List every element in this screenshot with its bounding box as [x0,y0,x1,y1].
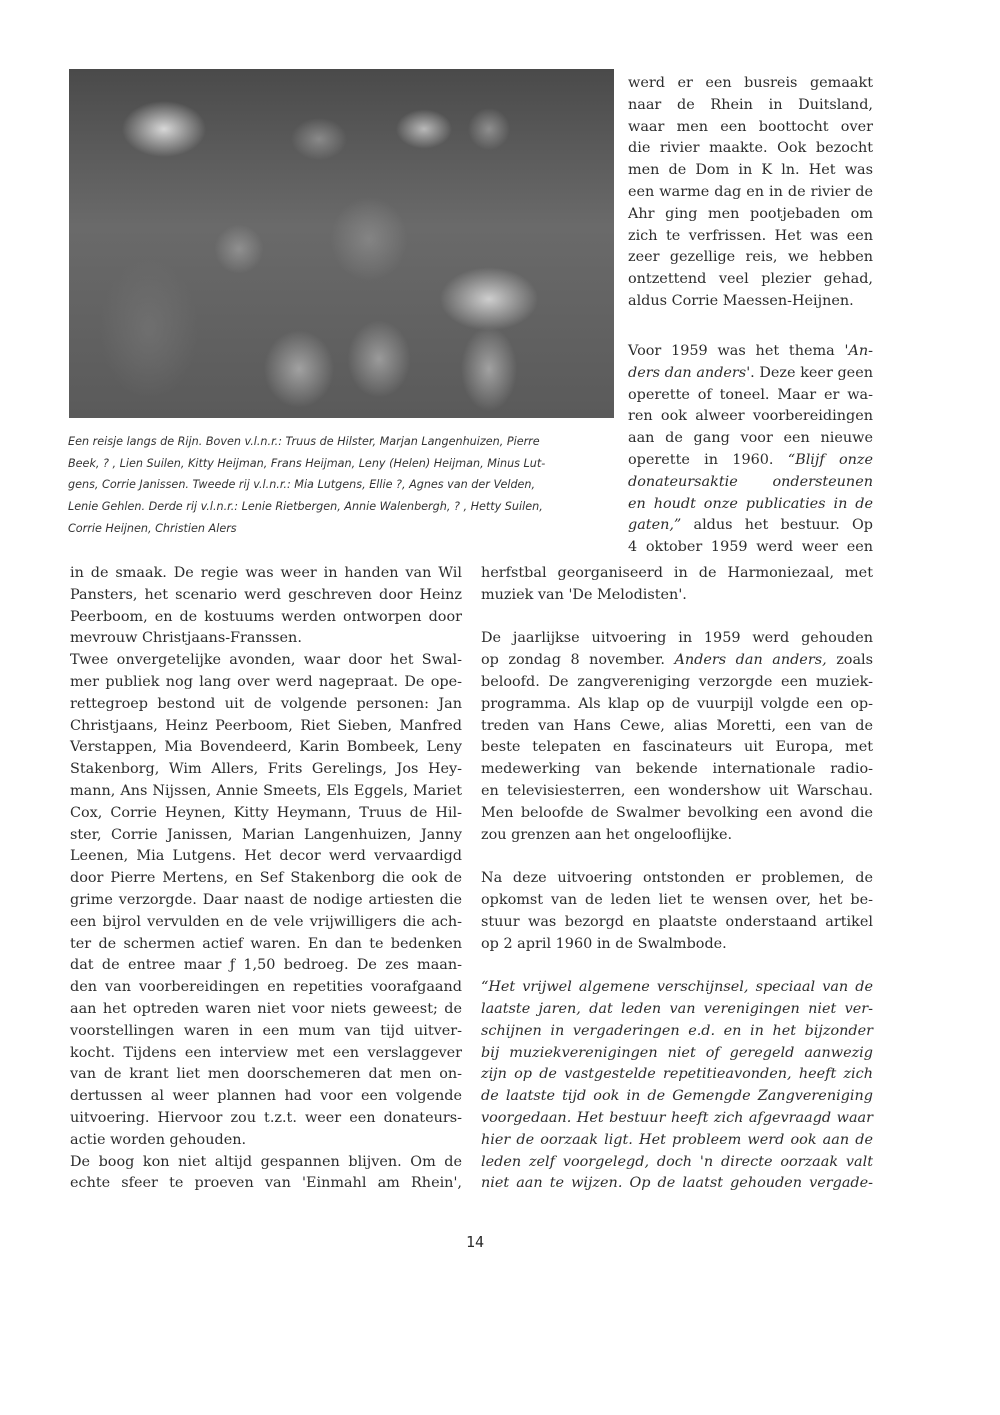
text-run: Voor 1959 was het thema [628,343,845,359]
quote-line: de laatste tijd ook in de Gemengde Zangv… [481,1086,873,1108]
text-line: mevrouw Christjaans-Franssen. [70,628,462,650]
text-line: aldus Corrie Maessen-Heijnen. [628,291,873,313]
text-line: zeer gezellige reis, we hebben [628,247,873,269]
text-line: medewerking van bekende internationale r… [481,759,873,781]
text-line: 4 oktober 1959 werd weer een [628,537,873,559]
quote-line: niet aan te wijzen. Op de laatst gehoude… [481,1173,873,1195]
text-line: operette in 1960. “Blijf onze [628,450,873,472]
text-line: programma. Als klap op de vuurpijl volgd… [481,694,873,716]
quote-line: hier de oorzaak ligt. Het probleem werd … [481,1130,873,1152]
quote-line: laatste jaren, dat leden van vereniginge… [481,999,873,1021]
text-line: operette of toneel. Maar er wa- [628,385,873,407]
text-line: zou grenzen aan het ongelooflijke. [481,825,873,847]
page-number: 14 [460,1233,490,1251]
text-line: gaten,” aldus het bestuur. Op [628,515,873,537]
text-line: door Pierre Mertens, en Sef Stakenborg d… [70,868,462,890]
text-line: ders dan anders'. Deze keer geen [628,363,873,385]
text-line: Verstappen, Mia Bovendeerd, Karin Bombee… [70,737,462,759]
quote-line: “Het vrijwel algemene verschijnsel, spec… [481,977,873,999]
text-line: Voor 1959 was het thema 'An- [628,341,873,363]
text-line: en houdt onze publicaties in de [628,494,873,516]
text-line: ster, Corrie Janissen, Marian Langenhuiz… [70,825,462,847]
text-line: een bijrol vervulden en de vele vrijwill… [70,912,462,934]
text-run: operette in 1960. [628,452,788,468]
text-run-italic: Anders dan anders, [674,652,826,668]
text-line: ren ook alweer voorbereidingen [628,406,873,428]
quote-line: schijnen in vergaderingen e.d. en in het… [481,1021,873,1043]
text-line: een warme dag en in de rivier de [628,182,873,204]
text-line: ter de schermen actief waren. En dan te … [70,934,462,956]
text-run-italic: gaten,” [628,517,681,533]
text-run: zoals [827,652,873,668]
text-line: Twee onvergetelijke avonden, waar door h… [70,650,462,672]
text-line: muziek van 'De Melodisten'. [481,585,873,607]
text-line: De boog kon niet altijd gespannen blijve… [70,1152,462,1174]
right-column: herfstbal georganiseerd in de Harmonieza… [481,563,873,1195]
quote-line: bij muziekverenigingen niet of geregeld … [481,1043,873,1065]
text-line: die rivier maakte. Ook bezocht [628,138,873,160]
text-line: Men beloofde de Swalmer bevolking een av… [481,803,873,825]
quote-line: voorgedaan. Het bestuur heeft zich afgev… [481,1108,873,1130]
text-line: en televisiesterren, een wondershow uit … [481,781,873,803]
text-line: den van voorbereidingen en repetities vo… [70,977,462,999]
quote-line: zijn op de vastgestelde repetitieavonden… [481,1064,873,1086]
text-line: naar de Rhein in Duitsland, [628,95,873,117]
text-line: echte sfeer te proeven van 'Einmahl am R… [70,1173,462,1195]
text-line: Pansters, het scenario werd geschreven d… [70,585,462,607]
text-line: op zondag 8 november. Anders dan anders,… [481,650,873,672]
text-line: zich te verfrissen. Het was een [628,226,873,248]
text-line: Cox, Corrie Heynen, Kitty Heymann, Truus… [70,803,462,825]
text-line: Leenen, Mia Lutgens. Het decor werd verv… [70,846,462,868]
paragraph-gap [481,955,873,977]
text-run-italic: “Blijf onze [788,452,873,468]
text-line: men de Dom in K ln. Het was [628,160,873,182]
text-line: stuur was bezorgd en plaatste onderstaan… [481,912,873,934]
text-line: aan de gang voor een nieuwe [628,428,873,450]
text-line: herfstbal georganiseerd in de Harmonieza… [481,563,873,585]
right-narrow-paragraph-1: werd er een busreis gemaakt naar de Rhei… [628,73,873,313]
text-run: aldus het bestuur. Op [681,517,873,533]
paragraph-gap [481,846,873,868]
text-line: Christjaans, Heinz Peerboom, Riet Sieben… [70,716,462,738]
caption-line: Corrie Heijnen, Christien Alers [68,518,498,540]
text-line: De jaarlijkse uitvoering in 1959 werd ge… [481,628,873,650]
text-line: Peerboom, en de kostuums werden ontworpe… [70,607,462,629]
text-line: Na deze uitvoering ontstonden er problem… [481,868,873,890]
document-page: Een reisje langs de Rijn. Boven v.l.n.r.… [0,0,1000,1415]
text-line: in de smaak. De regie was weer in handen… [70,563,462,585]
text-line: mer publiek nog lang over werd nagepraat… [70,672,462,694]
text-line: opkomst van de leden liet te wensen over… [481,890,873,912]
text-run: . Deze keer geen [750,365,873,381]
paragraph-gap [481,607,873,629]
text-line: rettegroep bestond uit de volgende perso… [70,694,462,716]
text-run-italic: ders dan anders' [628,365,750,381]
caption-line: gens, Corrie Janissen. Tweede rij v.l.n.… [68,474,498,496]
photo-caption: Een reisje langs de Rijn. Boven v.l.n.r.… [68,431,498,539]
text-line: voorstellingen waren in een mum van tijd… [70,1021,462,1043]
text-line: donateursaktie ondersteunen [628,472,873,494]
text-line: Stakenborg, Wim Allers, Frits Gerelings,… [70,759,462,781]
caption-line: Beek, ? , Lien Suilen, Kitty Heijman, Fr… [68,453,498,475]
text-line: dat de entree maar ƒ 1,50 bedroeg. De ze… [70,955,462,977]
text-line: treden van Hans Cewe, alias Moretti, een… [481,716,873,738]
text-line: dertussen al weer plannen had voor een v… [70,1086,462,1108]
caption-line: Lenie Gehlen. Derde rij v.l.n.r.: Lenie … [68,496,498,518]
quote-line: leden zelf voorgelegd, doch 'n directe o… [481,1152,873,1174]
text-line: actie worden gehouden. [70,1130,462,1152]
text-line: uitvoering. Hiervoor zou t.z.t. weer een… [70,1108,462,1130]
text-run-italic: 'An- [845,343,873,359]
text-line: beste telepaten en fascinateurs uit Euro… [481,737,873,759]
text-line: op 2 april 1960 in de Swalmbode. [481,934,873,956]
text-line: ontzettend veel plezier gehad, [628,269,873,291]
text-line: mann, Ans Nijssen, Annie Smeets, Els Egg… [70,781,462,803]
text-line: grime verzorgde. Daar naast de nodige ar… [70,890,462,912]
left-column: in de smaak. De regie was weer in handen… [70,563,462,1195]
group-photo [69,69,614,418]
text-line: Ahr ging men pootjebaden om [628,204,873,226]
text-line: waar men een boottocht over [628,117,873,139]
text-line: werd er een busreis gemaakt [628,73,873,95]
caption-line: Een reisje langs de Rijn. Boven v.l.n.r.… [68,431,498,453]
text-run: op zondag 8 november. [481,652,674,668]
text-line: kocht. Tijdens een interview met een ver… [70,1043,462,1065]
text-line: van de krant liet men doorschemeren dat … [70,1064,462,1086]
text-line: aan het optreden waren niet voor niets g… [70,999,462,1021]
right-narrow-paragraph-2: Voor 1959 was het thema 'An- ders dan an… [628,341,873,559]
text-line: beloofd. De zangvereniging verzorgde een… [481,672,873,694]
